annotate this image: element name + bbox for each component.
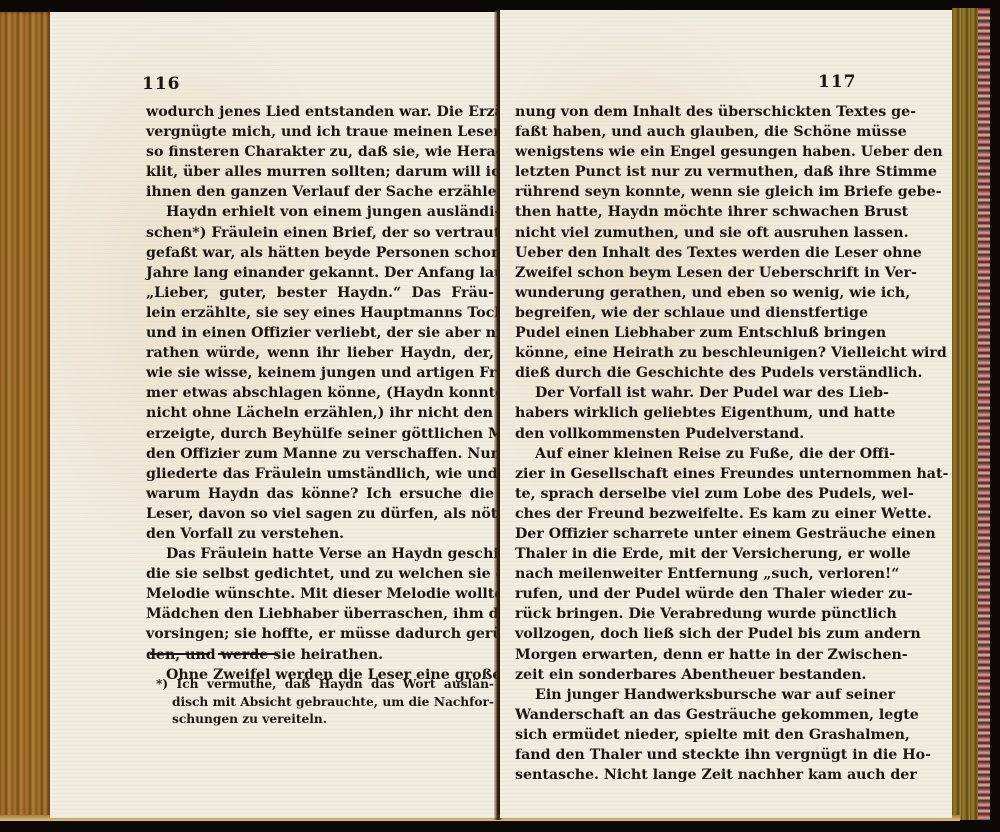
text-line: vollzogen, doch ließ sich der Pudel bis … [515, 624, 860, 644]
text-line: Ein junger Handwerksbursche war auf sein… [515, 685, 860, 705]
right-page-edges [952, 8, 978, 820]
text-line: sentasche. Nicht lange Zeit nachher kam … [515, 765, 860, 785]
text-line: Jahre lang einander gekannt. Der Anfang … [146, 263, 494, 283]
text-line: wenigstens wie ein Engel gesungen haben.… [515, 142, 860, 162]
text-line: zier in Gesellschaft eines Freundes unte… [515, 464, 860, 484]
text-line: erzeigte, durch Beyhülfe seiner göttlich… [146, 424, 494, 444]
text-line: rathen würde, wenn ihr lieber Haydn, der… [146, 343, 494, 363]
footnote: *) Ich vermuthe, daß Haydn das Wort ausl… [156, 676, 494, 729]
page-number-left: 116 [142, 74, 181, 94]
text-line: vergnügte mich, und ich traue meinen Les… [146, 122, 494, 142]
text-line: letzten Punct ist nur zu vermuthen, daß … [515, 162, 860, 182]
text-line: den Vorfall zu verstehen. [146, 524, 494, 544]
text-line: sich ermüdet nieder, spielte mit den Gra… [515, 725, 860, 745]
right-page: 117 nung von dem Inhalt des überschickte… [500, 10, 952, 818]
text-line: nung von dem Inhalt des überschickten Te… [515, 102, 860, 122]
text-line: nach meilenweiter Entfernung „such, verl… [515, 564, 860, 584]
text-line: und in einen Offizier verliebt, der sie … [146, 323, 494, 343]
text-line: then hatte, Haydn möchte ihrer schwachen… [515, 202, 860, 222]
footnote-line: disch mit Absicht gebrauchte, um die Nac… [156, 694, 494, 712]
text-line: ihnen den ganzen Verlauf der Sache erzäh… [146, 182, 494, 202]
text-line: te, sprach derselbe viel zum Lobe des Pu… [515, 484, 860, 504]
text-line: den Offizier zum Manne zu verschaffen. N… [146, 444, 494, 464]
text-line: lein erzählte, sie sey eines Hauptmanns … [146, 303, 494, 323]
text-line: Melodie wünschte. Mit dieser Melodie wol… [146, 584, 494, 604]
text-line: wodurch jenes Lied entstanden war. Die E… [146, 102, 494, 122]
text-line: nicht viel zumuthen, und sie oft ausruhe… [515, 223, 860, 243]
text-line: Ueber den Inhalt des Textes werden die L… [515, 243, 860, 263]
footnote-line: schungen zu vereiteln. [156, 711, 494, 729]
text-line: begreifen, wie der schlaue und dienstfer… [515, 303, 860, 323]
page-number-right: 117 [818, 72, 857, 92]
left-page-body: wodurch jenes Lied entstanden war. Die E… [146, 102, 494, 685]
text-line: warum Haydn das könne? Ich ersuche die [146, 484, 494, 504]
text-line: ches der Freund bezweifelte. Es kam zu e… [515, 504, 860, 524]
text-line: Mädchen den Liebhaber überraschen, ihm d… [146, 604, 494, 624]
text-line: mer etwas abschlagen könne, (Haydn konnt… [146, 383, 494, 403]
text-line: zeit ein sonderbares Abentheuer bestande… [515, 665, 860, 685]
text-line: rührend seyn konnte, wenn sie gleich im … [515, 182, 860, 202]
left-cover-edge [0, 12, 50, 820]
book-scan: 116 wodurch jenes Lied entstanden war. D… [0, 0, 1000, 832]
text-line: den, und werde sie heirathen. [146, 645, 494, 665]
text-line: Das Fräulein hatte Verse an Haydn geschi… [146, 544, 494, 564]
marbled-cover-edge [978, 8, 990, 820]
footnote-line: *) Ich vermuthe, daß Haydn das Wort ausl… [156, 676, 494, 694]
text-line: die sie selbst gedichtet, und zu welchen… [146, 564, 494, 584]
text-line: fand den Thaler und steckte ihn vergnügt… [515, 745, 860, 765]
text-line: faßt haben, und auch glauben, die Schöne… [515, 122, 860, 142]
text-line: könne, eine Heirath zu beschleunigen? Vi… [515, 343, 860, 363]
left-page: 116 wodurch jenes Lied entstanden war. D… [50, 12, 497, 818]
text-line: gliederte das Fräulein umständlich, wie … [146, 464, 494, 484]
footnote-rule-2 [218, 653, 278, 655]
text-line: Der Vorfall ist wahr. Der Pudel war des … [515, 383, 860, 403]
text-line: Auf einer kleinen Reise zu Fuße, die der… [515, 444, 860, 464]
text-line: nicht ohne Lächeln erzählen,) ihr nicht … [146, 403, 494, 423]
text-line: Der Offizier scharrete unter einem Gestr… [515, 524, 860, 544]
right-page-body: nung von dem Inhalt des überschickten Te… [515, 102, 860, 785]
text-line: gefaßt war, als hätten beyde Personen sc… [146, 243, 494, 263]
footnote-rule [150, 653, 210, 655]
text-line: Wanderschaft an das Gesträuche gekommen,… [515, 705, 860, 725]
text-line: rufen, und der Pudel würde den Thaler wi… [515, 584, 860, 604]
text-line: rück bringen. Die Verabredung wurde pünc… [515, 604, 860, 624]
text-line: „Lieber, guter, bester Haydn.“ Das Fräu- [146, 283, 494, 303]
text-line: so finsteren Charakter zu, daß sie, wie … [146, 142, 494, 162]
text-line: klit, über alles murren sollten; darum w… [146, 162, 494, 182]
text-line: Thaler in die Erde, mit der Versicherung… [515, 544, 860, 564]
text-line: dieß durch die Geschichte des Pudels ver… [515, 363, 860, 383]
text-line: Morgen erwarten, denn er hatte in der Zw… [515, 645, 860, 665]
text-line: wunderung gerathen, und eben so wenig, w… [515, 283, 860, 303]
text-line: Haydn erhielt von einem jungen ausländi- [146, 202, 494, 222]
text-line: vorsingen; sie hoffte, er müsse dadurch … [146, 624, 494, 644]
text-line: Zweifel schon beym Lesen der Ueberschrif… [515, 263, 860, 283]
text-line: schen*) Fräulein einen Brief, der so ver… [146, 223, 494, 243]
text-line: den vollkommensten Pudelverstand. [515, 424, 860, 444]
text-line: Pudel einen Liebhaber zum Entschluß brin… [515, 323, 860, 343]
text-line: wie sie wisse, keinem jungen und artigen… [146, 363, 494, 383]
text-line: Leser, davon so viel sagen zu dürfen, al… [146, 504, 494, 524]
text-line: habers wirklich geliebtes Eigenthum, und… [515, 403, 860, 423]
